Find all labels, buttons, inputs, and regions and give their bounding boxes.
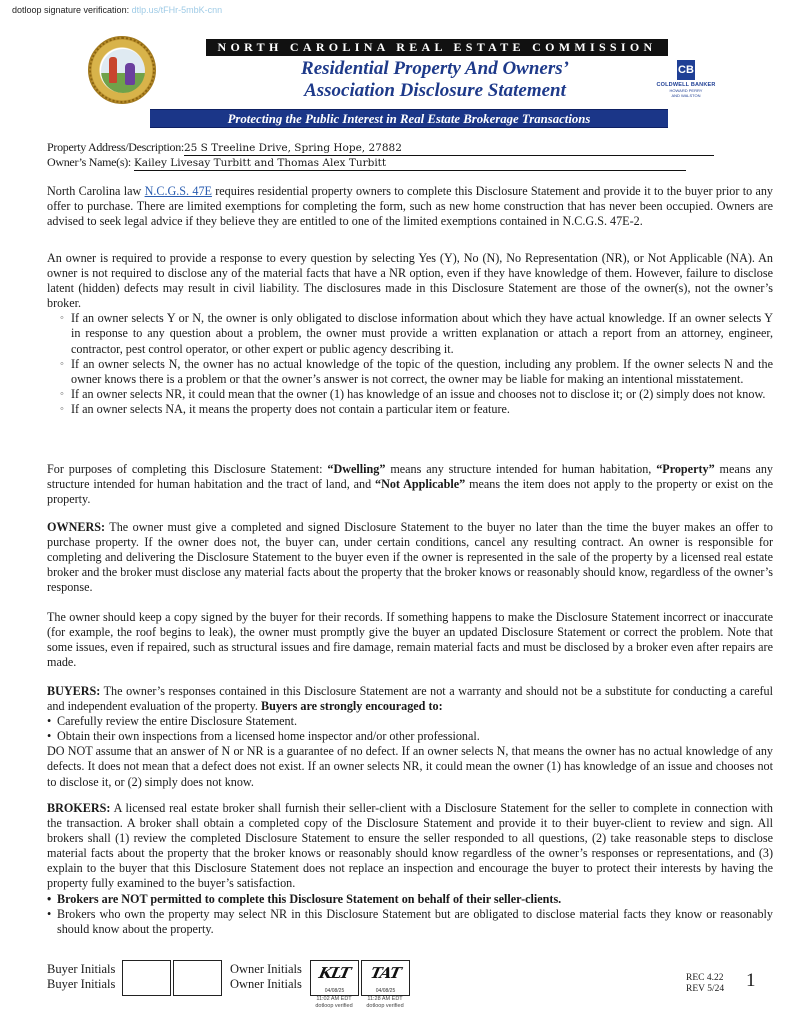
list-item: Brokers who own the property may select …	[47, 907, 773, 937]
list-item: If an owner selects NR, it could mean th…	[61, 387, 773, 402]
nc-state-seal-icon	[88, 36, 156, 104]
buyer-initials-label: Buyer Initials	[47, 962, 115, 977]
owners-heading: OWNERS:	[47, 520, 105, 534]
property-address-field[interactable]: 25 S Treeline Drive, Spring Hope, 27882	[184, 141, 714, 156]
required-response-section: An owner is required to provide a respon…	[47, 251, 773, 417]
required-paragraph: An owner is required to provide a respon…	[47, 251, 773, 311]
seal-ring	[89, 37, 155, 103]
owner-signature-date: 04/08/25	[311, 988, 358, 994]
owner-signature-date: 04/08/25	[362, 988, 409, 994]
brokers-text: A licensed real estate broker shall furn…	[47, 801, 773, 890]
list-item: If an owner selects NA, it means the pro…	[61, 402, 773, 417]
property-address-label: Property Address/Description:	[47, 140, 184, 154]
buyers-section: BUYERS: The owner’s responses contained …	[47, 684, 773, 790]
buyer-initials-label: Buyer Initials	[47, 977, 115, 992]
list-item: If an owner selects N, the owner has no …	[61, 357, 773, 387]
owner-initials-box-2[interactable]: TAT 04/08/25	[361, 960, 410, 996]
owner-initials-labels: Owner Initials Owner Initials	[230, 962, 302, 992]
term-property: “Property”	[656, 462, 714, 476]
buyers-heading: BUYERS:	[47, 684, 100, 698]
dotloop-verification: dotloop signature verification: dtlp.us/…	[12, 5, 222, 15]
list-item: Obtain their own inspections from a lice…	[47, 729, 773, 744]
list-item: Brokers are NOT permitted to complete th…	[47, 892, 773, 907]
definitions-text: means any structure intended for human h…	[385, 462, 656, 476]
owner-names-field[interactable]: Kailey Livesay Turbitt and Thomas Alex T…	[134, 156, 686, 171]
form-revision: REC 4.22 REV 5/24	[686, 973, 724, 995]
intro-text-pre: North Carolina law	[47, 184, 145, 198]
owners-text: The owner must give a completed and sign…	[47, 520, 773, 594]
owner-initials-box-1[interactable]: KLT 04/08/25	[310, 960, 359, 996]
commission-banner: NORTH CAROLINA REAL ESTATE COMMISSION	[206, 39, 668, 56]
form-title-line1: Residential Property And Owners’	[200, 58, 670, 80]
ncgs-47e-link[interactable]: N.C.G.S. 47E	[145, 184, 212, 198]
owner-initials-label: Owner Initials	[230, 962, 302, 977]
owner-names-label: Owner’s Name(s):	[47, 155, 131, 169]
response-option-list: If an owner selects Y or N, the owner is…	[61, 311, 773, 417]
tagline-banner: Protecting the Public Interest in Real E…	[150, 109, 668, 128]
coldwell-banker-logo: CB COLDWELL BANKER HOWARD PERRY AND WALS…	[648, 60, 724, 98]
form-title-line2: Association Disclosure Statement	[200, 80, 670, 102]
brokers-rules-list: Brokers are NOT permitted to complete th…	[47, 892, 773, 937]
cb-logo-sub2: AND WALSTON	[648, 93, 724, 98]
buyer-initials-box-2[interactable]	[173, 960, 222, 996]
buyer-initials-labels: Buyer Initials Buyer Initials	[47, 962, 115, 992]
signature-verified: dotloop verified	[308, 1003, 360, 1010]
rec-code: REC 4.22	[686, 973, 724, 984]
owner-signature-initials: KLT	[309, 964, 360, 982]
page-number: 1	[746, 970, 756, 992]
brokers-heading: BROKERS:	[47, 801, 110, 815]
owners-section: OWNERS: The owner must give a completed …	[47, 520, 773, 595]
term-not-applicable: “Not Applicable”	[375, 477, 465, 491]
definitions-text: For purposes of completing this Disclosu…	[47, 462, 327, 476]
list-item: If an owner selects Y or N, the owner is…	[61, 311, 773, 356]
term-dwelling: “Dwelling”	[327, 462, 385, 476]
signature-verification-2: 11:28 AM EDT dotloop verified	[359, 996, 411, 1009]
owner-signature-initials: TAT	[360, 964, 411, 982]
definitions-paragraph: For purposes of completing this Disclosu…	[47, 462, 773, 507]
verification-link[interactable]: dtlp.us/tFHr-5mbK-cnn	[132, 5, 223, 15]
buyer-initials-box-1[interactable]	[122, 960, 171, 996]
signature-verified: dotloop verified	[359, 1003, 411, 1010]
intro-paragraph: North Carolina law N.C.G.S. 47E requires…	[47, 184, 773, 229]
rev-code: REV 5/24	[686, 984, 724, 995]
form-title: Residential Property And Owners’ Associa…	[200, 58, 670, 102]
list-item: Carefully review the entire Disclosure S…	[47, 714, 773, 729]
owner-names-row: Owner’s Name(s): Kailey Livesay Turbitt …	[47, 155, 686, 171]
buyer-recommendations-list: Carefully review the entire Disclosure S…	[47, 714, 773, 744]
buyers-encouraged: Buyers are strongly encouraged to:	[261, 699, 443, 713]
cb-logo-icon: CB	[677, 60, 695, 80]
keep-copy-paragraph: The owner should keep a copy signed by t…	[47, 610, 773, 670]
verification-label: dotloop signature verification:	[12, 5, 129, 15]
property-address-row: Property Address/Description:25 S Treeli…	[47, 140, 714, 156]
buyers-warning: DO NOT assume that an answer of N or NR …	[47, 744, 773, 789]
brokers-section: BROKERS: A licensed real estate broker s…	[47, 801, 773, 937]
owner-initials-label: Owner Initials	[230, 977, 302, 992]
keep-copy-text: The owner should keep a copy signed by t…	[47, 610, 773, 670]
signature-verification-1: 11:02 AM EDT dotloop verified	[308, 996, 360, 1009]
